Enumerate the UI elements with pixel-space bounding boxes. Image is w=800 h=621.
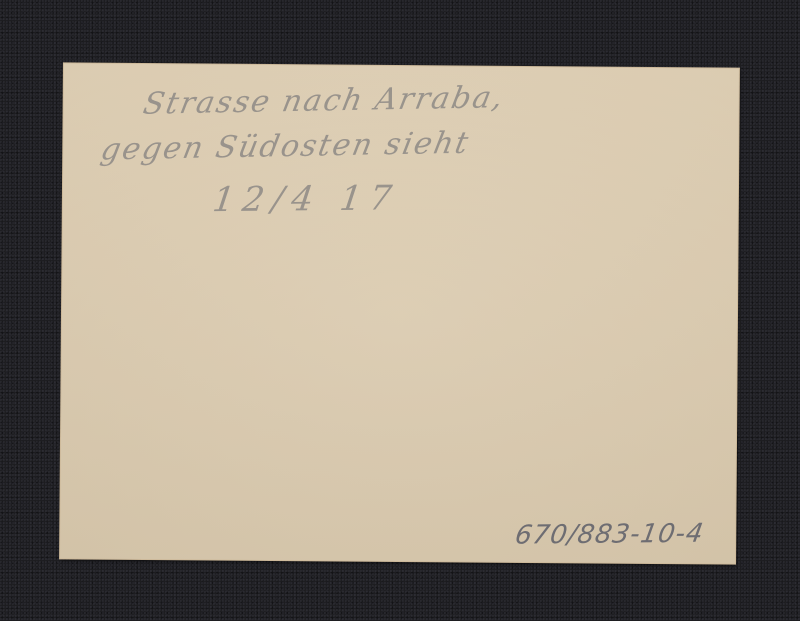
- photo-card-back: Strasse nach Arraba, gegen Südosten sieh…: [60, 63, 739, 563]
- archive-reference-number: 670/883-10-4: [513, 519, 706, 551]
- handwritten-caption-line-1: Strasse nach Arraba,: [140, 80, 507, 122]
- handwritten-caption-line-2: gegen Südosten sieht: [98, 126, 473, 168]
- handwritten-date: 12/4 17: [210, 178, 402, 220]
- scan-background: Strasse nach Arraba, gegen Südosten sieh…: [0, 0, 800, 621]
